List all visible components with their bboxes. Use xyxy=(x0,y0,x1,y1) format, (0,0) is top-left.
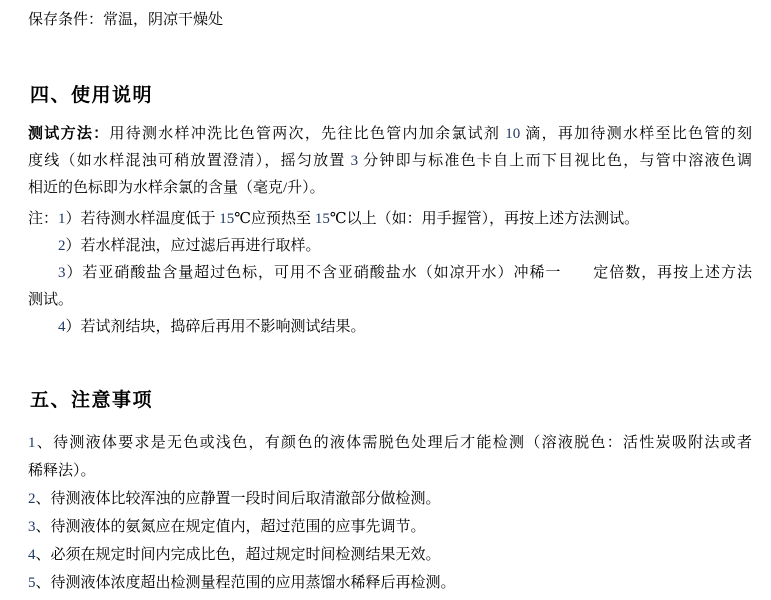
note-line-4: 4）若试剂结块，捣碎后再用不影响测试结果。 xyxy=(28,314,752,341)
notice-item-3: 3、待测液体的氨氮应在规定值内，超过范围的应事先调节。 xyxy=(28,513,752,541)
note-line-3-continuation: 测试。 xyxy=(28,287,752,314)
notice-item-1-continuation: 稀释法）。 xyxy=(28,457,752,485)
note-line-2: 2）若水样混浊，应过滤后再进行取样。 xyxy=(28,233,752,260)
method-notes: 注：1）若待测水样温度低于 15℃应预热至 15℃以上（如：用手握管），再按上述… xyxy=(28,206,752,341)
notice-item-5: 5、待测液体浓度超出检测量程范围的应用蒸馏水稀释后再检测。 xyxy=(28,569,752,597)
method-line-1: 测试方法：用待测水样冲洗比色管两次，先往比色管内加余氯试剂 10 滴，再加待测水… xyxy=(28,121,752,148)
notice-list: 1、待测液体要求是无色或浅色，有颜色的液体需脱色处理后才能检测（溶液脱色：活性炭… xyxy=(28,429,752,597)
notice-item-4: 4、必须在规定时间内完成比色，超过规定时间检测结果无效。 xyxy=(28,541,752,569)
method-paragraph: 测试方法：用待测水样冲洗比色管两次，先往比色管内加余氯试剂 10 滴，再加待测水… xyxy=(28,121,752,202)
document-page: 保存条件：常温，阴凉干燥处 四、使用说明 测试方法：用待测水样冲洗比色管两次，先… xyxy=(0,0,771,600)
notice-item-1: 1、待测液体要求是无色或浅色，有颜色的液体需脱色处理后才能检测（溶液脱色：活性炭… xyxy=(28,429,752,457)
notice-item-2: 2、待测液体比较浑浊的应静置一段时间后取清澈部分做检测。 xyxy=(28,485,752,513)
method-line-2: 度线（如水样混浊可稍放置澄清），摇匀放置 3 分钟即与标准色卡自上而下目视比色，… xyxy=(28,148,752,175)
section-heading-usage: 四、使用说明 xyxy=(30,84,153,108)
section-heading-notice: 五、注意事项 xyxy=(30,389,153,413)
note-line-3: 3）若亚硝酸盐含量超过色标，可用不含亚硝酸盐水（如凉开水）冲稀一 定倍数，再按上… xyxy=(28,260,752,287)
method-line-3: 相近的色标即为水样余氯的含量（毫克/升）。 xyxy=(28,175,752,202)
storage-conditions-line: 保存条件：常温，阴凉干燥处 xyxy=(28,10,223,30)
note-line-1: 注：1）若待测水样温度低于 15℃应预热至 15℃以上（如：用手握管），再按上述… xyxy=(28,206,752,233)
method-line-1-text: 用待测水样冲洗比色管两次，先往比色管内加余氯试剂 10 滴，再加待测水样至比色管… xyxy=(109,126,752,142)
method-label: 测试方法： xyxy=(28,126,109,142)
